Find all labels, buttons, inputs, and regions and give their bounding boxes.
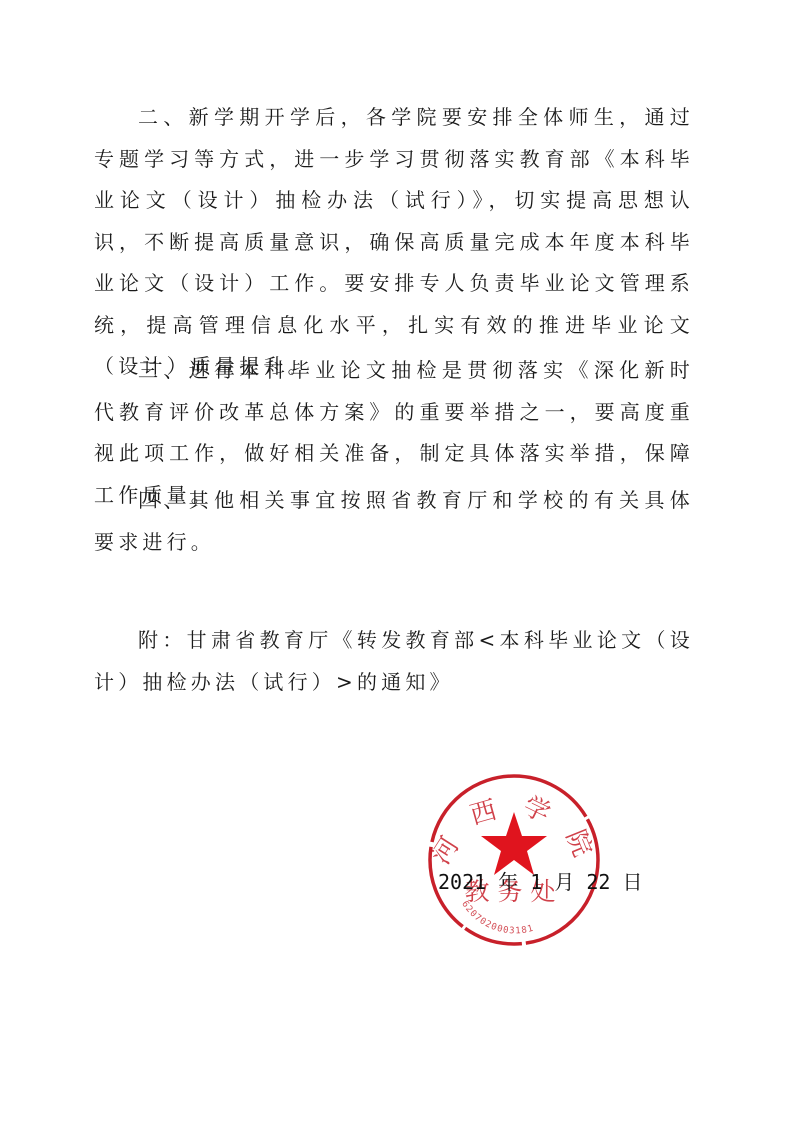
official-seal: 河西学院 教务处 6207020003181 — [421, 770, 607, 950]
document-page: 二、新学期开学后，各学院要安排全体师生，通过专题学习等方式，进一步学习贯彻落实教… — [0, 0, 794, 1123]
document-date: 2021 年 1 月 22 日 — [438, 866, 643, 895]
attachment-note: 附：甘肃省教育厅《转发教育部<本科毕业论文（设计）抽检办法（试行）>的通知》 — [94, 620, 694, 703]
paragraph-section-4: 四、其他相关事宜按照省教育厅和学校的有关具体要求进行。 — [94, 480, 694, 563]
paragraph-section-2: 二、新学期开学后，各学院要安排全体师生，通过专题学习等方式，进一步学习贯彻落实教… — [94, 97, 694, 388]
